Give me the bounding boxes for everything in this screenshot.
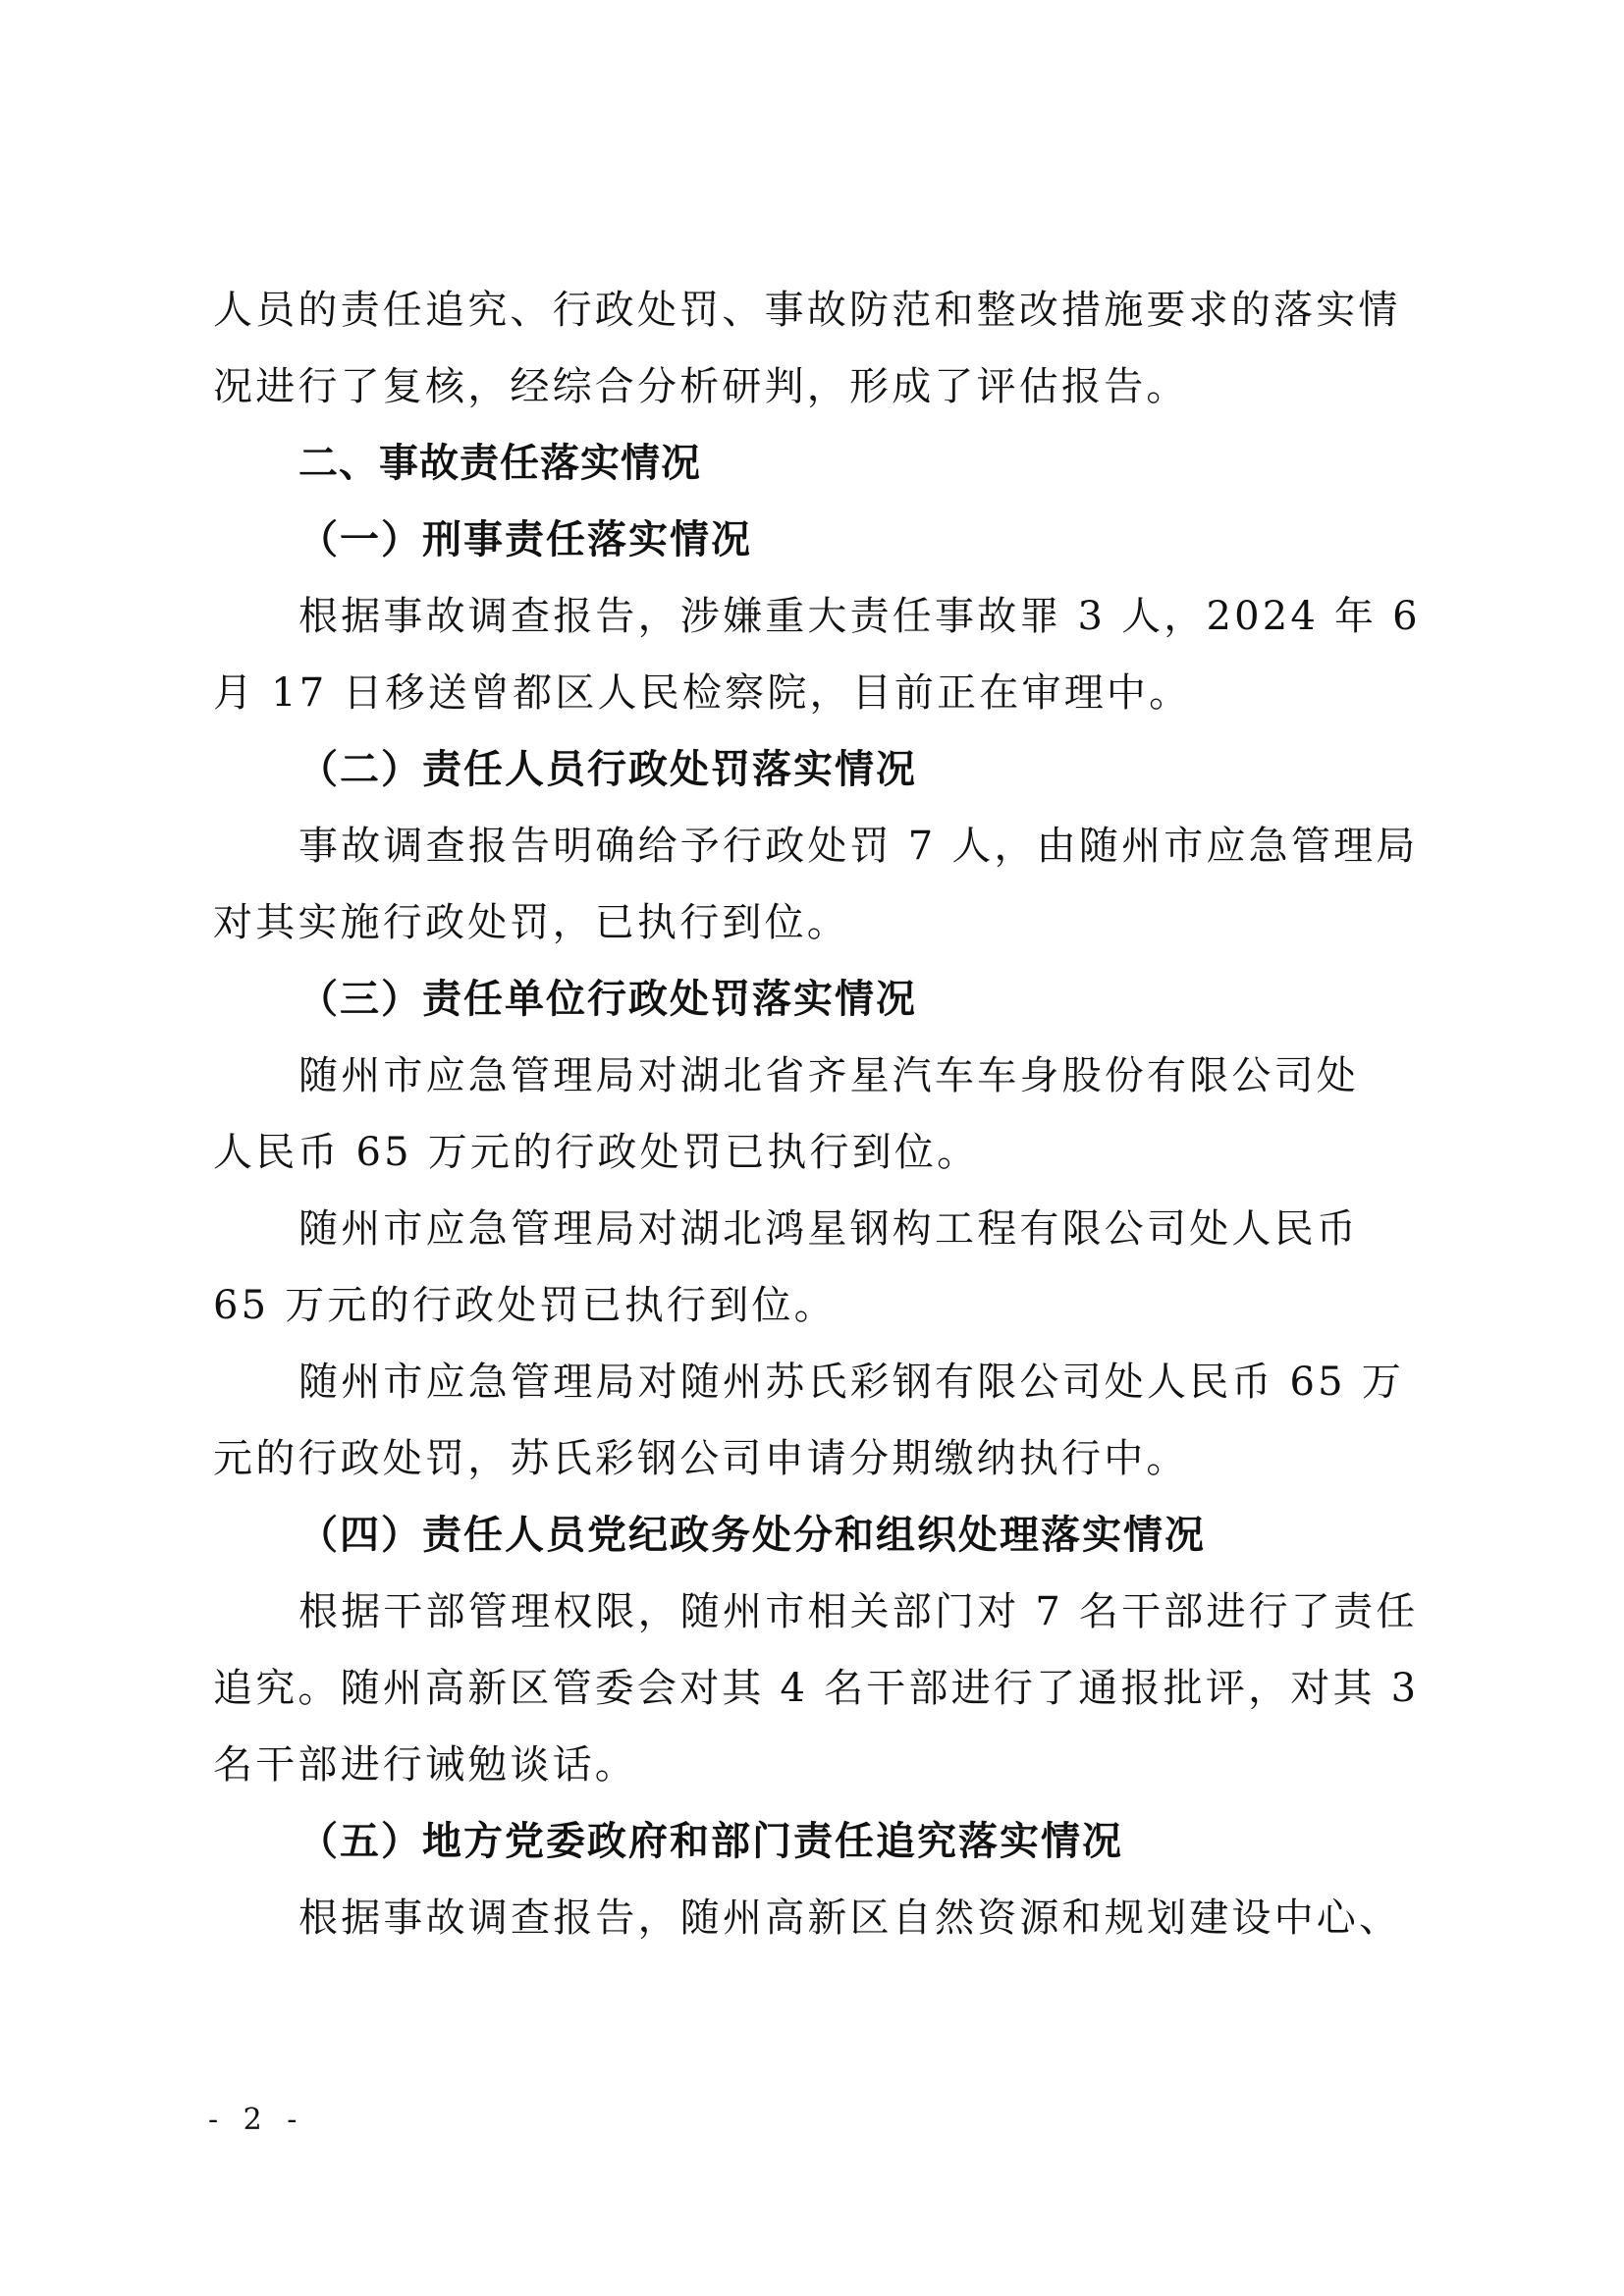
body-line: 随州市应急管理局对湖北鸿星钢构工程有限公司处人民币 — [298, 1203, 1516, 1255]
page-number: - 2 - — [208, 2103, 304, 2137]
body-line: 事故调查报告明确给予行政处罚 7 人，由随州市应急管理局 — [298, 821, 1516, 872]
body-line: 65 万元的行政处罚已执行到位。 — [213, 1280, 1431, 1331]
document-page: 人员的责任追究、行政处罚、事故防范和整改措施要求的落实情 况进行了复核，经综合分… — [0, 0, 1624, 2296]
body-line: 况进行了复核，经综合分析研判，形成了评估报告。 — [213, 361, 1431, 412]
body-line: 根据干部管理权限，随州市相关部门对 7 名干部进行了责任 — [298, 1586, 1516, 1637]
body-line: 人员的责任追究、行政处罚、事故防范和整改措施要求的落实情 — [213, 285, 1431, 336]
subsection-heading: （二）责任人员行政处罚落实情况 — [298, 744, 1516, 795]
body-line: 根据事故调查报告，涉嫌重大责任事故罪 3 人，2024 年 6 — [298, 591, 1516, 642]
subsection-heading: （四）责任人员党纪政务处分和组织处理落实情况 — [298, 1510, 1516, 1561]
body-line: 根据事故调查报告，随州高新区自然资源和规划建设中心、 — [298, 1893, 1516, 1944]
subsection-heading: （五）地方党委政府和部门责任追究落实情况 — [298, 1816, 1516, 1867]
body-line: 随州市应急管理局对随州苏氏彩钢有限公司处人民币 65 万 — [298, 1357, 1516, 1408]
body-line: 对其实施行政处罚，已执行到位。 — [213, 897, 1431, 948]
body-line: 人民币 65 万元的行政处罚已执行到位。 — [213, 1127, 1431, 1178]
body-line: 追究。随州高新区管委会对其 4 名干部进行了通报批评，对其 3 — [213, 1663, 1431, 1714]
body-line: 月 17 日移送曾都区人民检察院，目前正在审理中。 — [213, 667, 1431, 719]
subsection-heading: （一）刑事责任落实情况 — [298, 514, 1516, 565]
body-line: 名干部进行诫勉谈话。 — [213, 1739, 1431, 1790]
subsection-heading: （三）责任单位行政处罚落实情况 — [298, 974, 1516, 1025]
body-line: 随州市应急管理局对湖北省齐星汽车车身股份有限公司处 — [298, 1050, 1516, 1101]
section-heading: 二、事故责任落实情况 — [298, 438, 1516, 489]
body-line: 元的行政处罚，苏氏彩钢公司申请分期缴纳执行中。 — [213, 1433, 1431, 1484]
